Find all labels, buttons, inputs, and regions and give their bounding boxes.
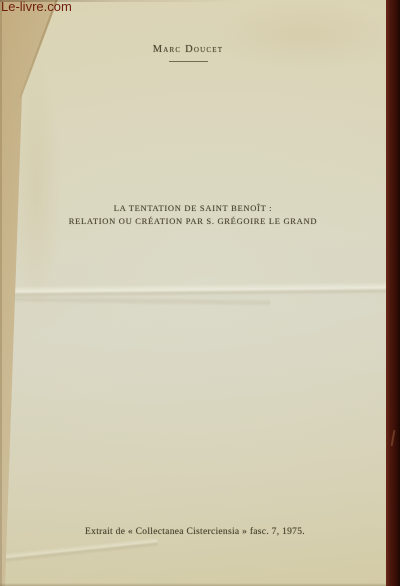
site-watermark: Le-livre.com <box>1 0 72 14</box>
booklet-cover-page: Marc Doucet LA TENTATION DE SAINT BENOÎT… <box>0 0 400 586</box>
imprint-line: Extrait de « Collectanea Cisterciensia »… <box>0 527 390 537</box>
bottom-left-crease <box>0 537 158 565</box>
book-spine-strip <box>386 0 400 586</box>
author-underline-rule <box>169 61 208 62</box>
scan-left-edge-shadow <box>0 0 2 586</box>
title-line-2: RELATION OU CRÉATION PAR S. GRÉGOIRE LE … <box>8 215 378 228</box>
author-name: Marc Doucet <box>138 44 238 55</box>
title-line-1: LA TENTATION DE SAINT BENOÎT : <box>8 202 378 215</box>
offprint-cover-scan: Marc Doucet LA TENTATION DE SAINT BENOÎT… <box>0 0 400 586</box>
spine-scratch-mark <box>391 430 396 446</box>
title-block: LA TENTATION DE SAINT BENOÎT : RELATION … <box>8 202 378 228</box>
